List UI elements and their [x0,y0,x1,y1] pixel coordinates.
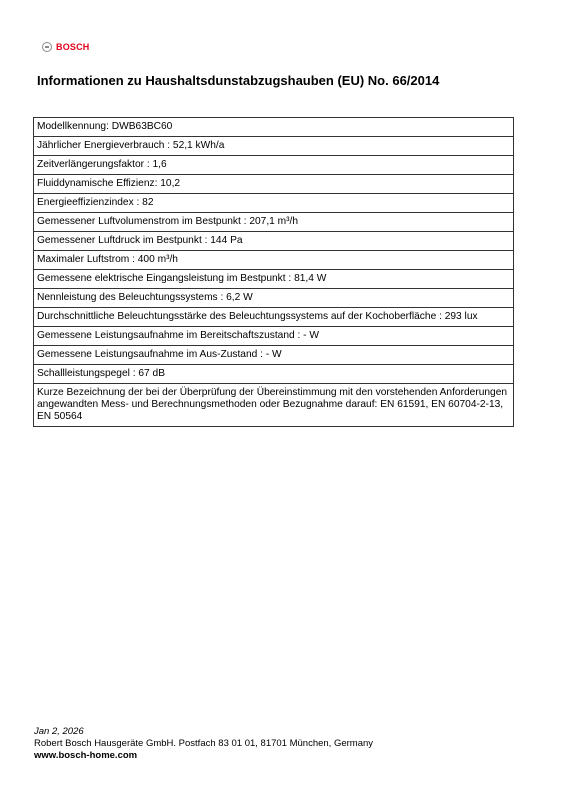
spec-cell: Modellkennung: DWB63BC60 [34,118,514,137]
spec-table: Modellkennung: DWB63BC60Jährlicher Energ… [33,117,514,427]
table-row: Gemessene Leistungsaufnahme im Aus-Zusta… [34,346,514,365]
bosch-logo: BOSCH [42,42,90,52]
table-row: Maximaler Luftstrom : 400 m³/h [34,251,514,270]
spec-cell: Gemessener Luftdruck im Bestpunkt : 144 … [34,232,514,251]
spec-cell: Jährlicher Energieverbrauch : 52,1 kWh/a [34,137,514,156]
table-row: Jährlicher Energieverbrauch : 52,1 kWh/a [34,137,514,156]
table-row: Kurze Bezeichnung der bei der Überprüfun… [34,384,514,427]
spec-cell: Gemessene elektrische Eingangsleistung i… [34,270,514,289]
spec-cell: Energieeffizienzindex : 82 [34,194,514,213]
footer-url[interactable]: www.bosch-home.com [34,750,373,762]
brand-name: BOSCH [56,42,90,52]
spec-cell: Durchschnittliche Beleuchtungsstärke des… [34,308,514,327]
table-row: Gemessene elektrische Eingangsleistung i… [34,270,514,289]
table-row: Gemessener Luftvolumenstrom im Bestpunkt… [34,213,514,232]
table-row: Durchschnittliche Beleuchtungsstärke des… [34,308,514,327]
footer-date: Jan 2, 2026 [34,726,373,738]
table-row: Gemessene Leistungsaufnahme im Bereitsch… [34,327,514,346]
spec-cell: Maximaler Luftstrom : 400 m³/h [34,251,514,270]
footer: Jan 2, 2026 Robert Bosch Hausgeräte GmbH… [34,726,373,762]
spec-cell: Zeitverlängerungsfaktor : 1,6 [34,156,514,175]
table-row: Schallleistungspegel : 67 dB [34,365,514,384]
table-row: Fluiddynamische Effizienz: 10,2 [34,175,514,194]
table-row: Energieeffizienzindex : 82 [34,194,514,213]
table-row: Nennleistung des Beleuchtungssystems : 6… [34,289,514,308]
bosch-armature-icon [42,42,52,52]
table-row: Zeitverlängerungsfaktor : 1,6 [34,156,514,175]
spec-cell: Nennleistung des Beleuchtungssystems : 6… [34,289,514,308]
table-row: Gemessener Luftdruck im Bestpunkt : 144 … [34,232,514,251]
spec-cell: Gemessene Leistungsaufnahme im Aus-Zusta… [34,346,514,365]
spec-cell: Fluiddynamische Effizienz: 10,2 [34,175,514,194]
footer-address: Robert Bosch Hausgeräte GmbH. Postfach 8… [34,738,373,750]
table-row: Modellkennung: DWB63BC60 [34,118,514,137]
page-title: Informationen zu Haushaltsdunstabzugshau… [37,73,439,88]
spec-cell: Gemessener Luftvolumenstrom im Bestpunkt… [34,213,514,232]
spec-cell: Gemessene Leistungsaufnahme im Bereitsch… [34,327,514,346]
spec-cell: Kurze Bezeichnung der bei der Überprüfun… [34,384,514,427]
spec-cell: Schallleistungspegel : 67 dB [34,365,514,384]
